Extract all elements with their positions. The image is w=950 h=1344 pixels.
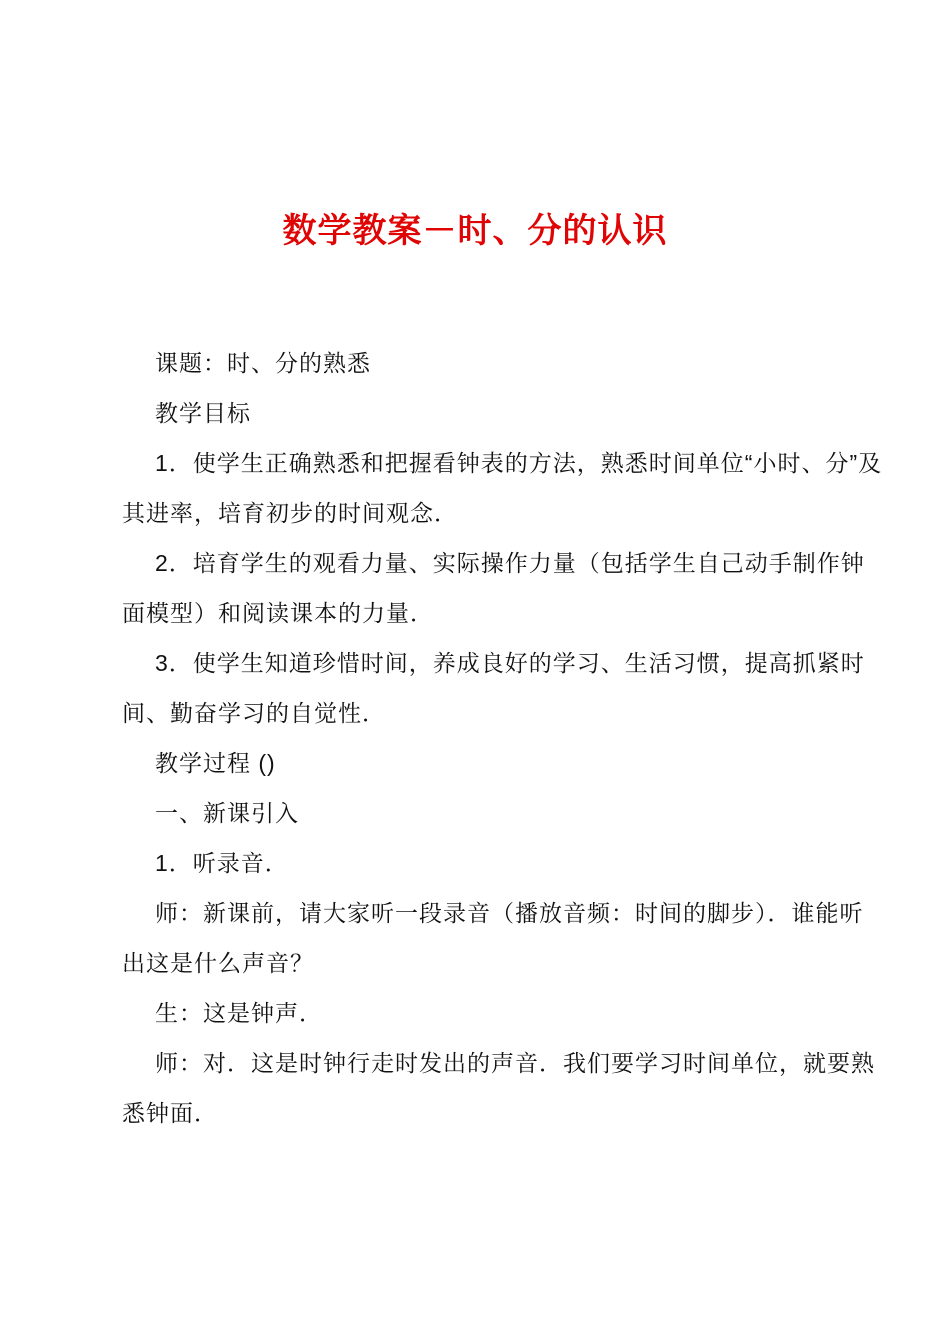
doc-line-goal3-a: 3．使学生知道珍惜时间，养成良好的学习、生活习惯，提高抓紧时 — [122, 638, 830, 688]
doc-line-teacher1-b: 出这是什么声音？ — [122, 938, 830, 988]
doc-line-teacher2-b: 悉钟面． — [122, 1088, 830, 1138]
document-page: 数学教案－时、分的认识 课题：时、分的熟悉 教学目标 1．使学生正确熟悉和把握看… — [0, 0, 950, 1344]
doc-line-goal3-b: 间、勤奋学习的自觉性． — [122, 688, 830, 738]
doc-line-student1: 生：这是钟声． — [122, 988, 830, 1038]
doc-line-goals-header: 教学目标 — [122, 388, 830, 438]
doc-line-section1: 一、新课引入 — [122, 788, 830, 838]
doc-line-teacher2-a: 师：对．这是时钟行走时发出的声音．我们要学习时间单位，就要熟 — [122, 1038, 830, 1088]
document-body: 课题：时、分的熟悉 教学目标 1．使学生正确熟悉和把握看钟表的方法，熟悉时间单位… — [122, 338, 830, 1138]
document-title: 数学教案－时、分的认识 — [0, 206, 950, 256]
doc-line-listen: 1．听录音． — [122, 838, 830, 888]
doc-line-topic: 课题：时、分的熟悉 — [122, 338, 830, 388]
doc-line-goal1-b: 其进率，培育初步的时间观念． — [122, 488, 830, 538]
doc-line-goal2-b: 面模型）和阅读课本的力量． — [122, 588, 830, 638]
doc-line-teacher1-a: 师：新课前，请大家听一段录音（播放音频：时间的脚步）．谁能听 — [122, 888, 830, 938]
doc-line-process: 教学过程 () — [122, 738, 830, 788]
doc-line-goal1-a: 1．使学生正确熟悉和把握看钟表的方法，熟悉时间单位“小时、分”及 — [122, 438, 830, 488]
doc-line-goal2-a: 2．培育学生的观看力量、实际操作力量（包括学生自己动手制作钟 — [122, 538, 830, 588]
